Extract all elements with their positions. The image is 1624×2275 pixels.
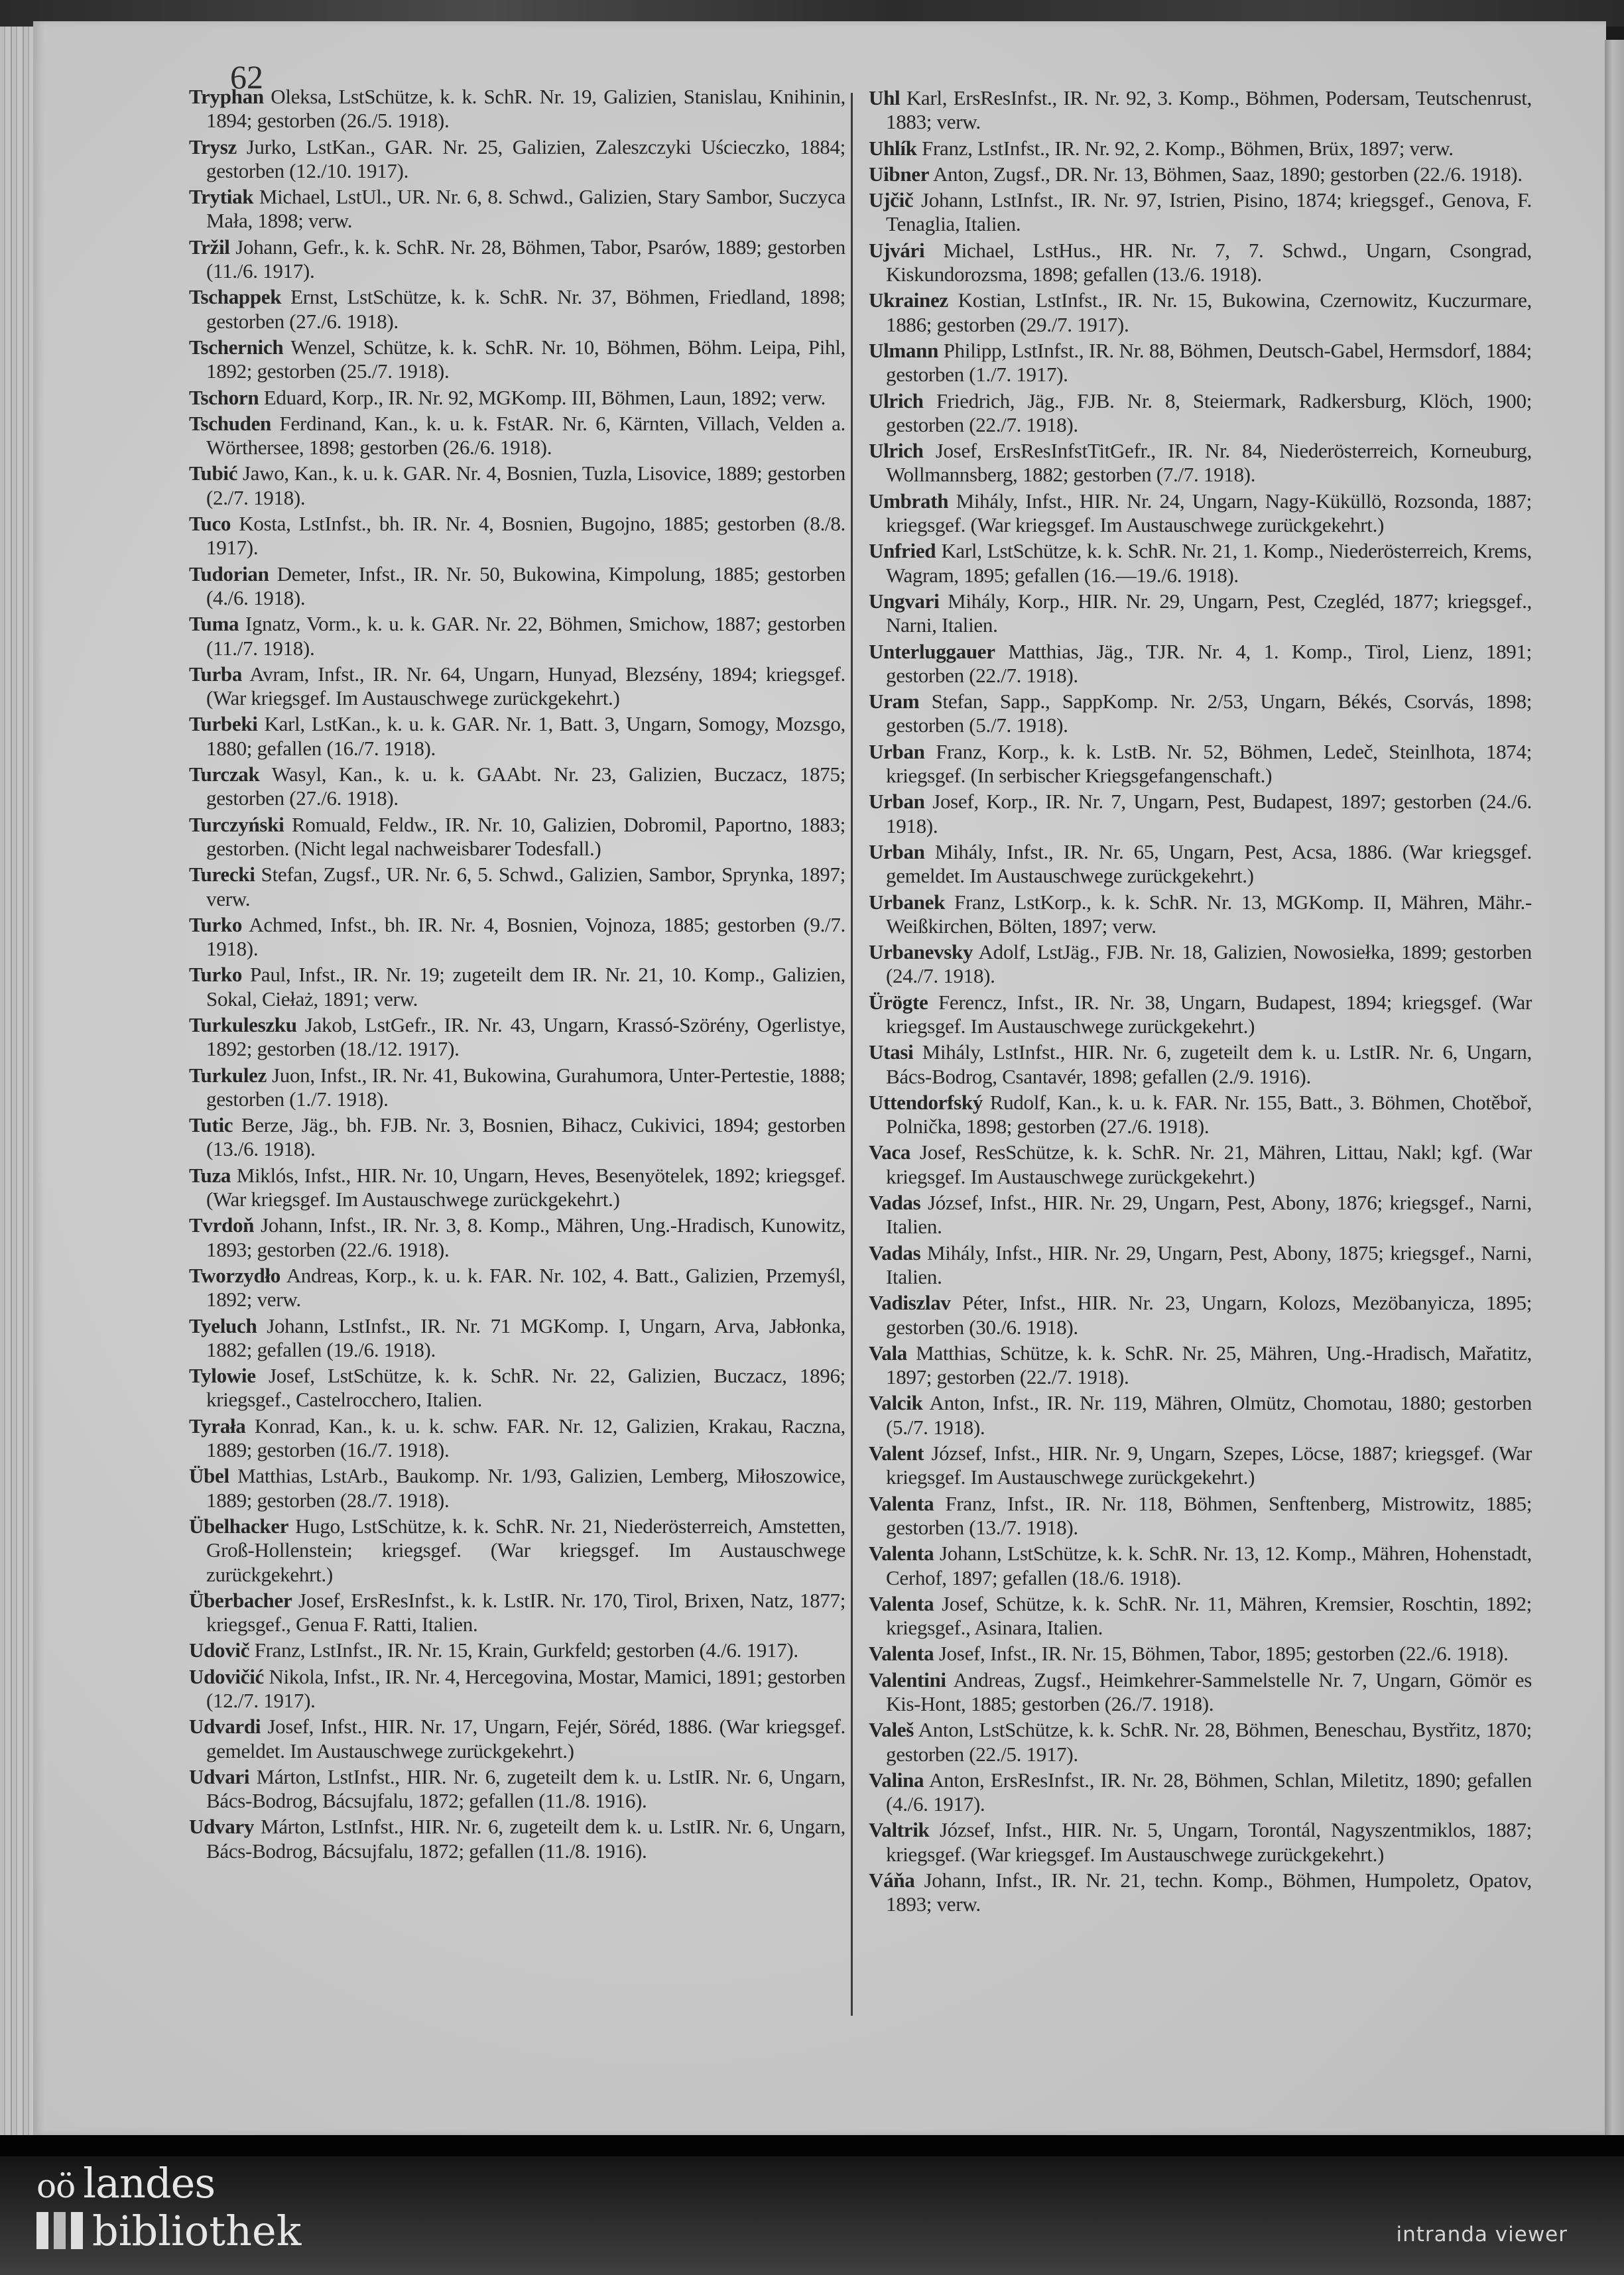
register-entry: Valent József, Infst., HIR. Nr. 9, Ungar… — [869, 1442, 1532, 1490]
entry-surname: Turecki — [189, 863, 255, 886]
entry-surname: Udvary — [189, 1815, 254, 1838]
register-entry: Urbanevsky Adolf, LstJäg., FJB. Nr. 18, … — [869, 940, 1532, 989]
entry-details: Karl, LstSchütze, k. k. SchR. Nr. 21, 1.… — [886, 539, 1532, 586]
register-entry: Uram Stefan, Sapp., SappKomp. Nr. 2/53, … — [869, 690, 1532, 738]
register-entry: Unfried Karl, LstSchütze, k. k. SchR. Nr… — [869, 539, 1532, 587]
entry-surname: Valina — [869, 1768, 924, 1792]
register-entry: Übelhacker Hugo, LstSchütze, k. k. SchR.… — [189, 1514, 845, 1587]
register-entry: Tschappek Ernst, LstSchütze, k. k. SchR.… — [189, 285, 845, 334]
entry-details: Josef, LstSchütze, k. k. SchR. Nr. 22, G… — [206, 1364, 845, 1411]
entry-surname: Vadiszlav — [869, 1291, 951, 1314]
entry-surname: Urbanek — [869, 891, 945, 914]
register-entry: Udvardi Josef, Infst., HIR. Nr. 17, Unga… — [189, 1715, 845, 1763]
logo-line-1: oölandes — [36, 2162, 301, 2208]
entry-surname: Uhl — [869, 86, 900, 109]
entry-surname: Ungvari — [869, 589, 939, 613]
entry-surname: Tuco — [189, 512, 231, 535]
entry-surname: Überbacher — [189, 1589, 292, 1612]
entry-surname: Ukrainez — [869, 288, 948, 312]
entry-details: Adolf, LstJäg., FJB. Nr. 18, Galizien, N… — [886, 940, 1532, 987]
register-entry: Urban Franz, Korp., k. k. LstB. Nr. 52, … — [869, 740, 1532, 788]
entry-surname: Vadas — [869, 1241, 920, 1264]
register-entry: Urbanek Franz, LstKorp., k. k. SchR. Nr.… — [869, 891, 1532, 939]
entry-surname: Uram — [869, 690, 919, 713]
entry-details: Mihály, Infst., HIR. Nr. 24, Ungarn, Nag… — [886, 489, 1532, 536]
entry-details: Anton, Infst., IR. Nr. 119, Mähren, Olmü… — [886, 1391, 1532, 1438]
register-entry: Tvrdoň Johann, Infst., IR. Nr. 3, 8. Kom… — [189, 1213, 845, 1262]
register-entry: Udovič Franz, LstInfst., IR. Nr. 15, Kra… — [189, 1638, 845, 1662]
column-divider — [851, 93, 853, 2016]
entry-surname: Turczak — [189, 763, 259, 786]
entry-surname: Vala — [869, 1341, 907, 1365]
register-entry: Urban Mihály, Infst., IR. Nr. 65, Ungarn… — [869, 840, 1532, 889]
entry-surname: Valcik — [869, 1391, 922, 1414]
register-entry: Valentini Andreas, Zugsf., Heimkehrer-Sa… — [869, 1668, 1532, 1717]
register-entry: Ujčič Johann, LstInfst., IR. Nr. 97, Ist… — [869, 188, 1532, 237]
entry-surname: Vaca — [869, 1140, 910, 1164]
entry-details: Josef, Infst., HIR. Nr. 17, Ungarn, Fejé… — [206, 1715, 845, 1762]
entry-details: Wenzel, Schütze, k. k. SchR. Nr. 10, Böh… — [206, 336, 845, 383]
entry-details: Michael, LstUl., UR. Nr. 6, 8. Schwd., G… — [206, 185, 845, 232]
entry-surname: Tyeluch — [189, 1314, 257, 1337]
register-entry: Turko Achmed, Infst., bh. IR. Nr. 4, Bos… — [189, 913, 845, 961]
register-entry: Turba Avram, Infst., IR. Nr. 64, Ungarn,… — [189, 662, 845, 711]
register-entry: Tržil Johann, Gefr., k. k. SchR. Nr. 28,… — [189, 235, 845, 284]
entry-details: Avram, Infst., IR. Nr. 64, Ungarn, Hunya… — [206, 662, 845, 709]
entry-surname: Tržil — [189, 235, 230, 259]
entry-surname: Trytiak — [189, 185, 253, 208]
entry-surname: Turkuleszku — [189, 1013, 297, 1036]
entry-surname: Turkulez — [189, 1064, 267, 1087]
entry-details: Mihály, LstInfst., HIR. Nr. 6, zugeteilt… — [886, 1040, 1532, 1087]
logo-prefix: oö — [36, 2167, 75, 2205]
register-entry: Vadas Mihály, Infst., HIR. Nr. 29, Ungar… — [869, 1241, 1532, 1290]
entry-surname: Tuza — [189, 1164, 231, 1187]
register-entry: Überbacher Josef, ErsResInfst., k. k. Ls… — [189, 1589, 845, 1637]
register-entry: Tudorian Demeter, Infst., IR. Nr. 50, Bu… — [189, 562, 845, 611]
entry-surname: Tuma — [189, 612, 239, 635]
entry-surname: Ujčič — [869, 188, 913, 212]
register-entry: Unterluggauer Matthias, Jäg., TJR. Nr. 4… — [869, 640, 1532, 688]
entry-details: Josef, Infst., IR. Nr. 15, Böhmen, Tabor… — [939, 1642, 1509, 1665]
register-entry: Tryphan Oleksa, LstSchütze, k. k. SchR. … — [189, 85, 845, 133]
register-entry: Váňa Johann, Infst., IR. Nr. 21, techn. … — [869, 1869, 1532, 1917]
entry-surname: Urban — [869, 740, 925, 763]
entry-surname: Tubić — [189, 461, 237, 485]
entry-details: Mihály, Infst., HIR. Nr. 29, Ungarn, Pes… — [886, 1241, 1532, 1288]
entry-details: Franz, LstKorp., k. k. SchR. Nr. 13, MGK… — [886, 891, 1532, 938]
entry-details: Stefan, Zugsf., UR. Nr. 6, 5. Schwd., Ga… — [206, 863, 845, 910]
entry-details: Konrad, Kan., k. u. k. schw. FAR. Nr. 12… — [206, 1414, 845, 1461]
entry-details: Johann, Infst., IR. Nr. 21, techn. Komp.… — [886, 1869, 1532, 1916]
entry-details: Anton, LstSchütze, k. k. SchR. Nr. 28, B… — [886, 1718, 1532, 1765]
entry-details: József, Infst., HIR. Nr. 5, Ungarn, Toro… — [886, 1818, 1532, 1865]
entry-surname: Tyrała — [189, 1414, 245, 1438]
register-entry: Valina Anton, ErsResInfst., IR. Nr. 28, … — [869, 1768, 1532, 1817]
footer-separator — [0, 2135, 1624, 2156]
entry-details: Philipp, LstInfst., IR. Nr. 88, Böhmen, … — [886, 339, 1532, 386]
register-entry: Tuco Kosta, LstInfst., bh. IR. Nr. 4, Bo… — [189, 512, 845, 560]
entry-details: Achmed, Infst., bh. IR. Nr. 4, Bosnien, … — [206, 913, 845, 960]
register-entry: Turczak Wasyl, Kan., k. u. k. GAAbt. Nr.… — [189, 763, 845, 811]
register-entry: Ürögte Ferencz, Infst., IR. Nr. 38, Unga… — [869, 991, 1532, 1039]
entry-surname: Trysz — [189, 135, 237, 158]
entry-surname: Tutic — [189, 1113, 233, 1137]
entry-surname: Uhlík — [869, 137, 917, 160]
register-entry: Ukrainez Kostian, LstInfst., IR. Nr. 15,… — [869, 288, 1532, 337]
register-entry: Vadas József, Infst., HIR. Nr. 29, Ungar… — [869, 1191, 1532, 1239]
entry-details: Andreas, Korp., k. u. k. FAR. Nr. 102, 4… — [206, 1264, 845, 1311]
entry-details: Nikola, Infst., IR. Nr. 4, Hercegovina, … — [206, 1665, 845, 1712]
entry-details: Anton, ErsResInfst., IR. Nr. 28, Böhmen,… — [886, 1768, 1532, 1815]
entry-details: Johann, LstSchütze, k. k. SchR. Nr. 13, … — [886, 1542, 1532, 1589]
register-entry: Valenta Franz, Infst., IR. Nr. 118, Böhm… — [869, 1492, 1532, 1540]
entry-details: Rudolf, Kan., k. u. k. FAR. Nr. 155, Bat… — [886, 1091, 1532, 1138]
entry-surname: Váňa — [869, 1869, 914, 1892]
entry-details: Demeter, Infst., IR. Nr. 50, Bukowina, K… — [206, 562, 845, 609]
entry-details: Anton, Zugsf., DR. Nr. 13, Böhmen, Saaz,… — [933, 162, 1523, 186]
entry-surname: Udvardi — [189, 1715, 261, 1738]
entry-details: Franz, LstInfst., IR. Nr. 15, Krain, Gur… — [255, 1638, 798, 1662]
entry-details: Juon, Infst., IR. Nr. 41, Bukowina, Gura… — [206, 1064, 845, 1111]
entry-surname: Umbrath — [869, 489, 948, 513]
register-entry: Valenta Josef, Schütze, k. k. SchR. Nr. … — [869, 1592, 1532, 1640]
entry-details: Ferencz, Infst., IR. Nr. 38, Ungarn, Bud… — [886, 991, 1532, 1038]
register-entry: Tschorn Eduard, Korp., IR. Nr. 92, MGKom… — [189, 386, 845, 410]
register-entry: Ulrich Friedrich, Jäg., FJB. Nr. 8, Stei… — [869, 389, 1532, 438]
entry-details: Jakob, LstGefr., IR. Nr. 43, Ungarn, Kra… — [206, 1013, 845, 1060]
entry-surname: Valenta — [869, 1642, 934, 1665]
entry-surname: Ürögte — [869, 991, 928, 1014]
entry-surname: Udovičić — [189, 1665, 264, 1688]
entry-surname: Valent — [869, 1442, 924, 1465]
register-entry: Umbrath Mihály, Infst., HIR. Nr. 24, Ung… — [869, 489, 1532, 538]
entry-surname: Udvari — [189, 1765, 249, 1788]
entry-surname: Ujvári — [869, 239, 924, 262]
register-entry: Ulrich Josef, ErsResInfstTitGefr., IR. N… — [869, 439, 1532, 487]
entry-surname: Uttendorfský — [869, 1091, 983, 1114]
entry-details: Romuald, Feldw., IR. Nr. 10, Galizien, D… — [206, 813, 845, 860]
entry-surname: Valenta — [869, 1492, 934, 1515]
register-entry: Utasi Mihály, LstInfst., HIR. Nr. 6, zug… — [869, 1040, 1532, 1089]
register-entry: Turko Paul, Infst., IR. Nr. 19; zugeteil… — [189, 963, 845, 1011]
entry-surname: Vadas — [869, 1191, 920, 1214]
entry-surname: Unterluggauer — [869, 640, 995, 663]
entry-surname: Unfried — [869, 539, 936, 562]
entry-surname: Urban — [869, 790, 925, 813]
entry-details: Paul, Infst., IR. Nr. 19; zugeteilt dem … — [206, 963, 845, 1010]
register-entry: Turkuleszku Jakob, LstGefr., IR. Nr. 43,… — [189, 1013, 845, 1062]
entry-surname: Urbanevsky — [869, 940, 973, 963]
register-entry: Trysz Jurko, LstKan., GAR. Nr. 25, Galiz… — [189, 135, 845, 184]
register-entry: Tubić Jawo, Kan., k. u. k. GAR. Nr. 4, B… — [189, 461, 845, 510]
entry-details: Márton, LstInfst., HIR. Nr. 6, zugeteilt… — [206, 1815, 845, 1862]
entry-details: Josef, Schütze, k. k. SchR. Nr. 11, Mähr… — [886, 1592, 1532, 1639]
register-entry: Ungvari Mihály, Korp., HIR. Nr. 29, Unga… — [869, 589, 1532, 638]
register-entry: Trytiak Michael, LstUl., UR. Nr. 6, 8. S… — [189, 185, 845, 233]
entry-surname: Utasi — [869, 1040, 913, 1064]
viewer-brand-label[interactable]: intranda viewer — [1396, 2223, 1568, 2246]
entry-details: Josef, ErsResInfst., k. k. LstIR. Nr. 17… — [206, 1589, 845, 1636]
entry-surname: Valtrik — [869, 1818, 930, 1841]
entry-details: Franz, Infst., IR. Nr. 118, Böhmen, Senf… — [886, 1492, 1532, 1539]
entry-surname: Turba — [189, 662, 242, 686]
entry-surname: Tschappek — [189, 285, 281, 308]
entry-surname: Udovič — [189, 1638, 249, 1662]
entry-details: Karl, LstKan., k. u. k. GAR. Nr. 1, Batt… — [206, 712, 845, 759]
entry-surname: Tschorn — [189, 386, 259, 409]
entry-surname: Tschuden — [189, 412, 271, 435]
entry-details: Péter, Infst., HIR. Nr. 23, Ungarn, Kolo… — [886, 1291, 1532, 1338]
entry-surname: Tylowie — [189, 1364, 256, 1387]
entry-surname: Tryphan — [189, 85, 264, 108]
entry-details: Friedrich, Jäg., FJB. Nr. 8, Steiermark,… — [886, 389, 1532, 436]
register-entry: Vaca Josef, ResSchütze, k. k. SchR. Nr. … — [869, 1140, 1532, 1189]
entry-details: Josef, ErsResInfstTitGefr., IR. Nr. 84, … — [886, 439, 1532, 486]
entry-details: Johann, LstInfst., IR. Nr. 97, Istrien, … — [886, 188, 1532, 235]
entry-surname: Ulrich — [869, 389, 924, 412]
register-entry: Tworzydło Andreas, Korp., k. u. k. FAR. … — [189, 1264, 845, 1312]
entry-details: Franz, LstInfst., IR. Nr. 92, 2. Komp., … — [922, 137, 1454, 160]
register-entry: Udvari Márton, LstInfst., HIR. Nr. 6, zu… — [189, 1765, 845, 1814]
register-entry: Valtrik József, Infst., HIR. Nr. 5, Unga… — [869, 1818, 1532, 1867]
entry-surname: Tworzydło — [189, 1264, 281, 1287]
entry-surname: Valentini — [869, 1668, 946, 1691]
register-entry: Tuza Miklós, Infst., HIR. Nr. 10, Ungarn… — [189, 1164, 845, 1212]
entry-details: Matthias, Schütze, k. k. SchR. Nr. 25, M… — [886, 1341, 1532, 1388]
register-entry: Vadiszlav Péter, Infst., HIR. Nr. 23, Un… — [869, 1291, 1532, 1339]
logo-bars-icon — [36, 2212, 83, 2249]
register-entry: Tutic Berze, Jäg., bh. FJB. Nr. 3, Bosni… — [189, 1113, 845, 1162]
register-entry: Übel Matthias, LstArb., Baukomp. Nr. 1/9… — [189, 1464, 845, 1512]
register-entry: Udovičić Nikola, Infst., IR. Nr. 4, Herc… — [189, 1665, 845, 1713]
register-entry: Tschernich Wenzel, Schütze, k. k. SchR. … — [189, 336, 845, 384]
logo-word-bibliothek: bibliothek — [92, 2208, 301, 2254]
register-entry: Ulmann Philipp, LstInfst., IR. Nr. 88, B… — [869, 339, 1532, 387]
register-entry: Vala Matthias, Schütze, k. k. SchR. Nr. … — [869, 1341, 1532, 1390]
entry-surname: Urban — [869, 840, 925, 863]
entry-surname: Tvrdoň — [189, 1213, 254, 1237]
viewer-footer: oölandes bibliothek intranda viewer — [0, 2156, 1624, 2275]
entry-details: Márton, LstInfst., HIR. Nr. 6, zugeteilt… — [206, 1765, 845, 1812]
entry-details: Johann, Gefr., k. k. SchR. Nr. 28, Böhme… — [206, 235, 845, 282]
entry-details: Wasyl, Kan., k. u. k. GAAbt. Nr. 23, Gal… — [206, 763, 845, 810]
entry-details: Kosta, LstInfst., bh. IR. Nr. 4, Bosnien… — [206, 512, 845, 559]
register-entry: Turczyński Romuald, Feldw., IR. Nr. 10, … — [189, 813, 845, 861]
entry-surname: Tudorian — [189, 562, 269, 585]
register-entry: Tylowie Josef, LstSchütze, k. k. SchR. N… — [189, 1364, 845, 1412]
entry-details: Josef, Korp., IR. Nr. 7, Ungarn, Pest, B… — [886, 790, 1532, 837]
register-entry: Uibner Anton, Zugsf., DR. Nr. 13, Böhmen… — [869, 162, 1532, 186]
entry-details: Berze, Jäg., bh. FJB. Nr. 3, Bosnien, Bi… — [206, 1113, 845, 1160]
register-entry: Uhlík Franz, LstInfst., IR. Nr. 92, 2. K… — [869, 137, 1532, 160]
entry-details: Ernst, LstSchütze, k. k. SchR. Nr. 37, B… — [206, 285, 845, 332]
entry-surname: Turbeki — [189, 712, 258, 735]
register-entry: Tyeluch Johann, LstInfst., IR. Nr. 71 MG… — [189, 1314, 845, 1363]
entry-surname: Übel — [189, 1464, 229, 1487]
entry-details: Ferdinand, Kan., k. u. k. FstAR. Nr. 6, … — [206, 412, 845, 459]
entry-surname: Ulmann — [869, 339, 938, 362]
register-entry: Urban Josef, Korp., IR. Nr. 7, Ungarn, P… — [869, 790, 1532, 838]
book-page-edges-right — [1605, 40, 1624, 2135]
entry-details: Hugo, LstSchütze, k. k. SchR. Nr. 21, Ni… — [206, 1514, 845, 1586]
entry-details: Mihály, Korp., HIR. Nr. 29, Ungarn, Pest… — [886, 589, 1532, 637]
register-entry: Turbeki Karl, LstKan., k. u. k. GAR. Nr.… — [189, 712, 845, 761]
entry-details: Ignatz, Vorm., k. u. k. GAR. Nr. 22, Böh… — [206, 612, 845, 659]
entry-details: Matthias, LstArb., Baukomp. Nr. 1/93, Ga… — [206, 1464, 845, 1511]
entry-details: Miklós, Infst., HIR. Nr. 10, Ungarn, Hev… — [206, 1164, 845, 1211]
entry-details: Mihály, Infst., IR. Nr. 65, Ungarn, Pest… — [886, 840, 1532, 887]
entry-details: Kostian, LstInfst., IR. Nr. 15, Bukowina… — [886, 288, 1532, 336]
entry-details: Andreas, Zugsf., Heimkehrer-Sammelstelle… — [886, 1668, 1532, 1715]
register-entry: Tyrała Konrad, Kan., k. u. k. schw. FAR.… — [189, 1414, 845, 1463]
register-entry: Turkulez Juon, Infst., IR. Nr. 41, Bukow… — [189, 1064, 845, 1112]
entry-details: Michael, LstHus., HR. Nr. 7, 7. Schwd., … — [886, 239, 1532, 286]
register-entry: Tuma Ignatz, Vorm., k. u. k. GAR. Nr. 22… — [189, 612, 845, 660]
left-column: Tryphan Oleksa, LstSchütze, k. k. SchR. … — [189, 85, 845, 1865]
register-entry: Ujvári Michael, LstHus., HR. Nr. 7, 7. S… — [869, 239, 1532, 287]
entry-details: Karl, ErsResInfst., IR. Nr. 92, 3. Komp.… — [886, 86, 1532, 133]
register-entry: Uhl Karl, ErsResInfst., IR. Nr. 92, 3. K… — [869, 86, 1532, 135]
entry-surname: Valenta — [869, 1542, 934, 1565]
register-entry: Udvary Márton, LstInfst., HIR. Nr. 6, zu… — [189, 1815, 845, 1863]
entry-details: Johann, LstInfst., IR. Nr. 71 MGKomp. I,… — [206, 1314, 845, 1361]
entry-surname: Valenta — [869, 1592, 934, 1615]
entry-surname: Ulrich — [869, 439, 924, 462]
register-entry: Turecki Stefan, Zugsf., UR. Nr. 6, 5. Sc… — [189, 863, 845, 911]
entry-surname: Übelhacker — [189, 1514, 288, 1538]
entry-surname: Tschernich — [189, 336, 283, 359]
entry-details: József, Infst., HIR. Nr. 9, Ungarn, Szep… — [886, 1442, 1532, 1489]
right-column: Uhl Karl, ErsResInfst., IR. Nr. 92, 3. K… — [869, 86, 1532, 1919]
entry-details: Jawo, Kan., k. u. k. GAR. Nr. 4, Bosnien… — [206, 461, 845, 509]
logo-line-2: bibliothek — [36, 2208, 301, 2254]
entry-details: Stefan, Sapp., SappKomp. Nr. 2/53, Ungar… — [886, 690, 1532, 737]
entry-surname: Turko — [189, 913, 242, 936]
entry-details: Franz, Korp., k. k. LstB. Nr. 52, Böhmen… — [886, 740, 1532, 787]
register-entry: Valenta Josef, Infst., IR. Nr. 15, Böhme… — [869, 1642, 1532, 1666]
entry-surname: Uibner — [869, 162, 929, 186]
library-logo[interactable]: oölandes bibliothek — [36, 2162, 301, 2254]
entry-surname: Turczyński — [189, 813, 284, 836]
entry-details: Eduard, Korp., IR. Nr. 92, MGKomp. III, … — [264, 386, 826, 409]
entry-surname: Turko — [189, 963, 242, 986]
register-entry: Tschuden Ferdinand, Kan., k. u. k. FstAR… — [189, 412, 845, 460]
logo-word-landes: landes — [83, 2159, 215, 2207]
register-entry: Valenta Johann, LstSchütze, k. k. SchR. … — [869, 1542, 1532, 1590]
entry-details: Oleksa, LstSchütze, k. k. SchR. Nr. 19, … — [206, 85, 845, 132]
register-entry: Valcik Anton, Infst., IR. Nr. 119, Mähre… — [869, 1391, 1532, 1440]
register-entry: Uttendorfský Rudolf, Kan., k. u. k. FAR.… — [869, 1091, 1532, 1139]
entry-details: Johann, Infst., IR. Nr. 3, 8. Komp., Mäh… — [206, 1213, 845, 1260]
register-entry: Valeš Anton, LstSchütze, k. k. SchR. Nr.… — [869, 1718, 1532, 1766]
entry-details: József, Infst., HIR. Nr. 29, Ungarn, Pes… — [886, 1191, 1532, 1238]
entry-surname: Valeš — [869, 1718, 914, 1741]
entry-details: Josef, ResSchütze, k. k. SchR. Nr. 21, M… — [886, 1140, 1532, 1188]
entry-details: Jurko, LstKan., GAR. Nr. 25, Galizien, Z… — [206, 135, 845, 182]
